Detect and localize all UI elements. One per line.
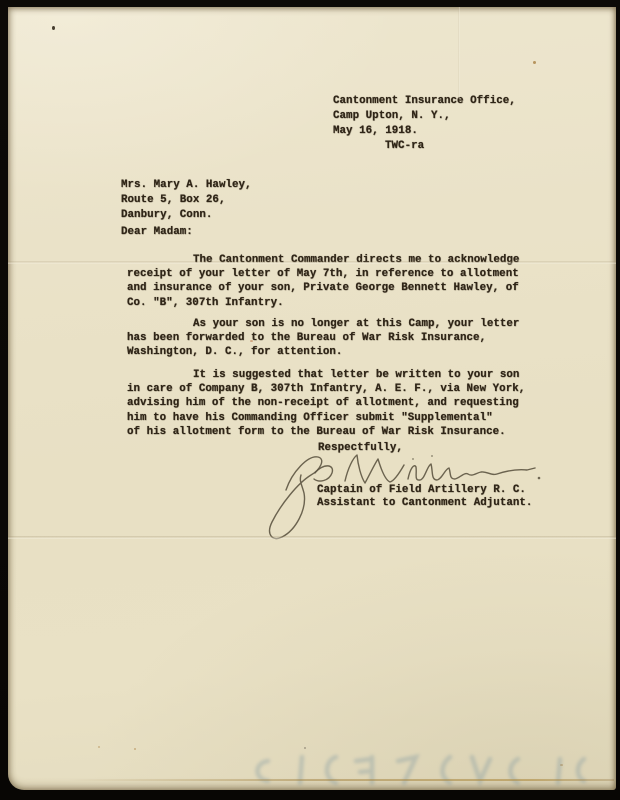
stain-speck — [98, 746, 100, 748]
scanned-letter-background: Cantonment Insurance Office, Camp Upton,… — [0, 0, 620, 800]
heading-location-line: Camp Upton, N. Y., — [333, 109, 516, 124]
recipient-name: Mrs. Mary A. Hawley, — [121, 178, 252, 193]
paper-stack-edge — [68, 779, 614, 781]
recipient-address: Mrs. Mary A. Hawley, Route 5, Box 26, Da… — [121, 178, 252, 223]
letter-page: Cantonment Insurance Office, Camp Upton,… — [8, 7, 616, 790]
salutation: Dear Madam: — [121, 226, 193, 238]
signer-title-line-1: Captain of Field Artillery R. C. — [317, 484, 526, 496]
body-paragraph-2: As your son is no longer at this Camp, y… — [127, 317, 519, 360]
paragraph-line: Co. "B", 307th Infantry. — [127, 296, 519, 310]
heading-reference-line: TWC-ra — [333, 139, 516, 154]
signer-title-line-2: Assistant to Cantonment Adjutant. — [317, 497, 532, 509]
paragraph-line: of his allotment form to the Bureau of W… — [127, 425, 525, 439]
paragraph-line: As your son is no longer at this Camp, y… — [127, 317, 519, 331]
paragraph-line: Washington, D. C., for attention. — [127, 345, 519, 359]
recipient-city: Danbury, Conn. — [121, 208, 252, 223]
vertical-crease — [458, 7, 460, 99]
paragraph-line: The Cantonment Commander directs me to a… — [127, 253, 519, 267]
paragraph-line: receipt of your letter of May 7th, in re… — [127, 267, 519, 281]
body-paragraph-1: The Cantonment Commander directs me to a… — [127, 253, 519, 310]
body-paragraph-3: It is suggested that letter be written t… — [127, 368, 525, 439]
paragraph-line: him to have his Commanding Officer submi… — [127, 411, 525, 425]
recipient-street: Route 5, Box 26, — [121, 193, 252, 208]
ink-speck — [52, 26, 55, 30]
letter-heading: Cantonment Insurance Office, Camp Upton,… — [333, 94, 516, 154]
paragraph-line: advising him of the non-receipt of allot… — [127, 396, 525, 410]
heading-date-line: May 16, 1918. — [333, 124, 516, 139]
stain-speck — [250, 340, 253, 342]
stain-speck — [134, 748, 136, 750]
bleed-through-mark — [240, 749, 610, 793]
paragraph-line: in care of Company B, 307th Infantry, A.… — [127, 382, 525, 396]
heading-office-line: Cantonment Insurance Office, — [333, 94, 516, 109]
stain-speck — [533, 61, 536, 64]
paragraph-line: has been forwarded to the Bureau of War … — [127, 331, 519, 345]
paragraph-line: and insurance of your son, Private Georg… — [127, 281, 519, 295]
paragraph-line: It is suggested that letter be written t… — [127, 368, 525, 382]
